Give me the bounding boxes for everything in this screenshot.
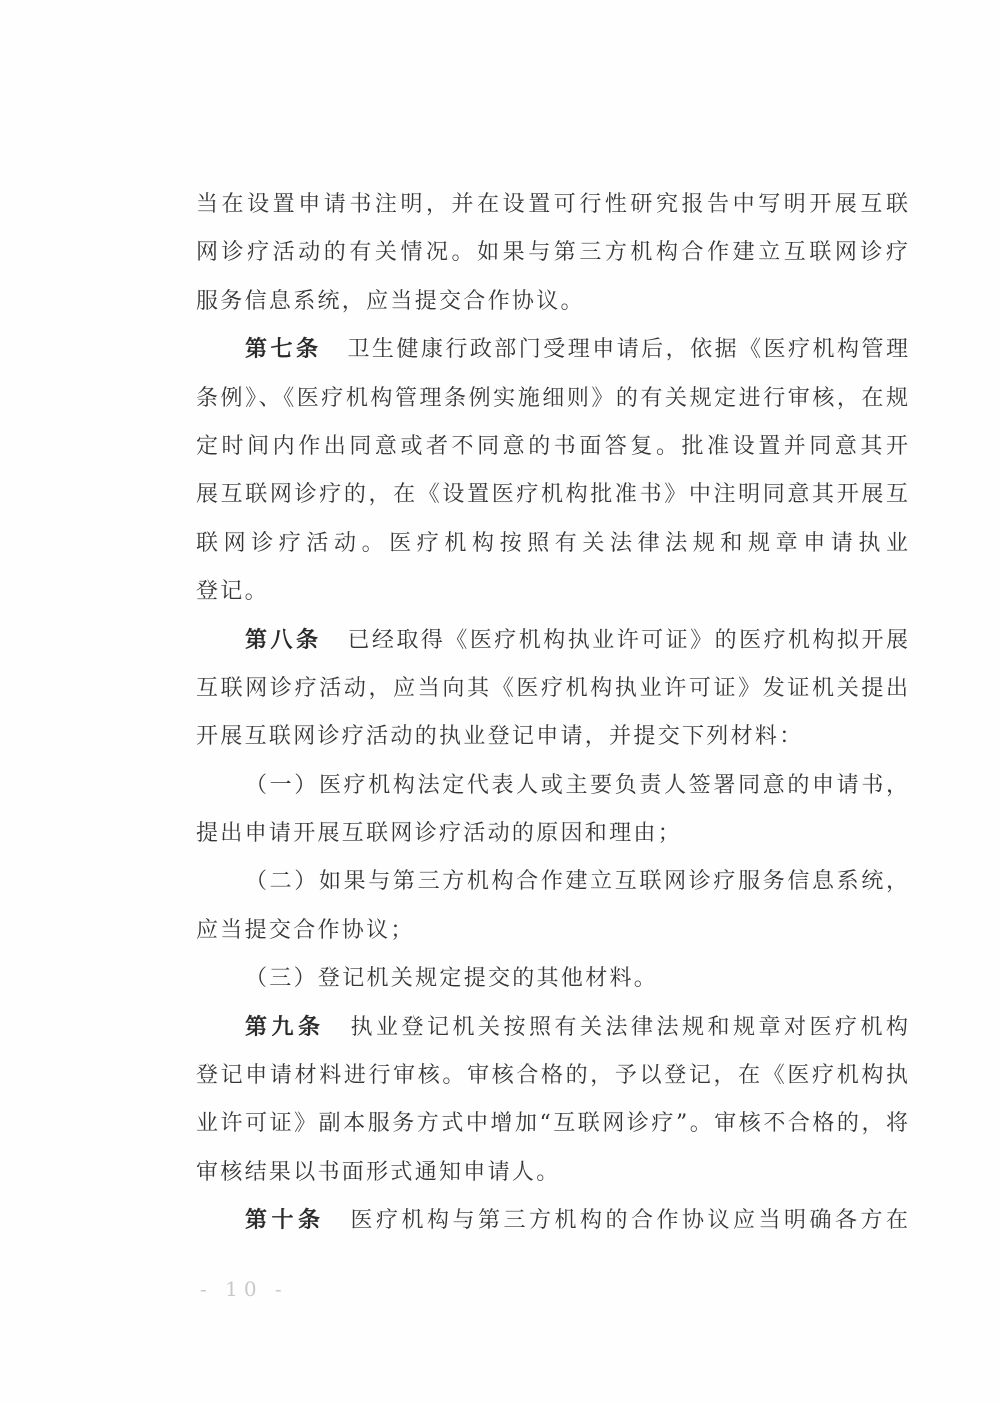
text-line: 条例》、《医疗机构管理条例实施细则》的有关规定进行审核，在规	[196, 375, 908, 423]
text-line: 互联网诊疗活动，应当向其《医疗机构执业许可证》发证机关提出	[196, 665, 908, 713]
article-heading: 第八条	[245, 628, 321, 653]
text-line: 登记申请材料进行审核。审核合格的，予以登记，在《医疗机构执	[196, 1052, 908, 1100]
line-text: 展互联网诊疗的，在《设置医疗机构批准书》中注明同意其开展互	[196, 482, 908, 507]
text-line: 提出申请开展互联网诊疗活动的原因和理由；	[196, 810, 908, 858]
article-line: 第九条执业登记机关按照有关法律法规和规章对医疗机构	[196, 1004, 908, 1052]
line-text: 执业登记机关按照有关法律法规和规章对医疗机构	[351, 1015, 908, 1040]
text-line: 定时间内作出同意或者不同意的书面答复。批准设置并同意其开	[196, 423, 908, 471]
line-text: 卫生健康行政部门受理申请后，依据《医疗机构管理	[347, 337, 908, 362]
text-line: （一）医疗机构法定代表人或主要负责人签署同意的申请书，	[196, 762, 908, 810]
article-line: 第七条卫生健康行政部门受理申请后，依据《医疗机构管理	[196, 326, 908, 374]
article-heading: 第九条	[245, 1015, 325, 1040]
document-page: 当在设置申请书注明，并在设置可行性研究报告中写明开展互联网诊疗活动的有关情况。如…	[0, 0, 1000, 1404]
line-text: 定时间内作出同意或者不同意的书面答复。批准设置并同意其开	[196, 434, 908, 459]
article-line: 第十条医疗机构与第三方机构的合作协议应当明确各方在	[196, 1197, 908, 1245]
line-text: 业许可证》副本服务方式中增加“互联网诊疗”。审核不合格的，将	[196, 1111, 908, 1136]
line-text: 联网诊疗活动。医疗机构按照有关法律法规和规章申请执业	[196, 531, 908, 556]
text-line: 登记。	[196, 568, 908, 616]
line-text: 网诊疗活动的有关情况。如果与第三方机构合作建立互联网诊疗	[196, 240, 908, 265]
line-text: （三）登记机关规定提交的其他材料。	[245, 966, 658, 991]
article-heading: 第七条	[245, 337, 321, 362]
text-line: 联网诊疗活动。医疗机构按照有关法律法规和规章申请执业	[196, 520, 908, 568]
text-line: 业许可证》副本服务方式中增加“互联网诊疗”。审核不合格的，将	[196, 1100, 908, 1148]
line-text: （二）如果与第三方机构合作建立互联网诊疗服务信息系统，	[245, 869, 908, 894]
article-line: 第八条已经取得《医疗机构执业许可证》的医疗机构拟开展	[196, 617, 908, 665]
line-text: 审核结果以书面形式通知申请人。	[196, 1160, 561, 1185]
text-line: （二）如果与第三方机构合作建立互联网诊疗服务信息系统，	[196, 858, 908, 906]
line-text: 互联网诊疗活动，应当向其《医疗机构执业许可证》发证机关提出	[196, 676, 908, 701]
line-text: （一）医疗机构法定代表人或主要负责人签署同意的申请书，	[245, 773, 908, 798]
line-text: 服务信息系统，应当提交合作协议。	[196, 289, 585, 314]
line-text: 开展互联网诊疗活动的执业登记申请，并提交下列材料：	[196, 724, 804, 749]
text-line: 当在设置申请书注明，并在设置可行性研究报告中写明开展互联	[196, 181, 908, 229]
line-text: 登记申请材料进行审核。审核合格的，予以登记，在《医疗机构执	[196, 1063, 908, 1088]
text-line: 应当提交合作协议；	[196, 907, 908, 955]
line-text: 条例》、《医疗机构管理条例实施细则》的有关规定进行审核，在规	[196, 386, 908, 411]
page-number: - 10 -	[200, 1277, 288, 1301]
text-line: 网诊疗活动的有关情况。如果与第三方机构合作建立互联网诊疗	[196, 229, 908, 277]
text-line: （三）登记机关规定提交的其他材料。	[196, 955, 908, 1003]
line-text: 已经取得《医疗机构执业许可证》的医疗机构拟开展	[347, 628, 908, 653]
text-line: 展互联网诊疗的，在《设置医疗机构批准书》中注明同意其开展互	[196, 471, 908, 519]
text-line: 服务信息系统，应当提交合作协议。	[196, 278, 908, 326]
line-text: 应当提交合作协议；	[196, 918, 415, 943]
line-text: 医疗机构与第三方机构的合作协议应当明确各方在	[351, 1208, 908, 1233]
text-line: 开展互联网诊疗活动的执业登记申请，并提交下列材料：	[196, 713, 908, 761]
line-text: 当在设置申请书注明，并在设置可行性研究报告中写明开展互联	[196, 192, 908, 217]
article-heading: 第十条	[245, 1208, 325, 1233]
line-text: 提出申请开展互联网诊疗活动的原因和理由；	[196, 821, 682, 846]
text-line: 审核结果以书面形式通知申请人。	[196, 1149, 908, 1197]
line-text: 登记。	[196, 579, 269, 604]
body-text: 当在设置申请书注明，并在设置可行性研究报告中写明开展互联网诊疗活动的有关情况。如…	[196, 181, 908, 1246]
